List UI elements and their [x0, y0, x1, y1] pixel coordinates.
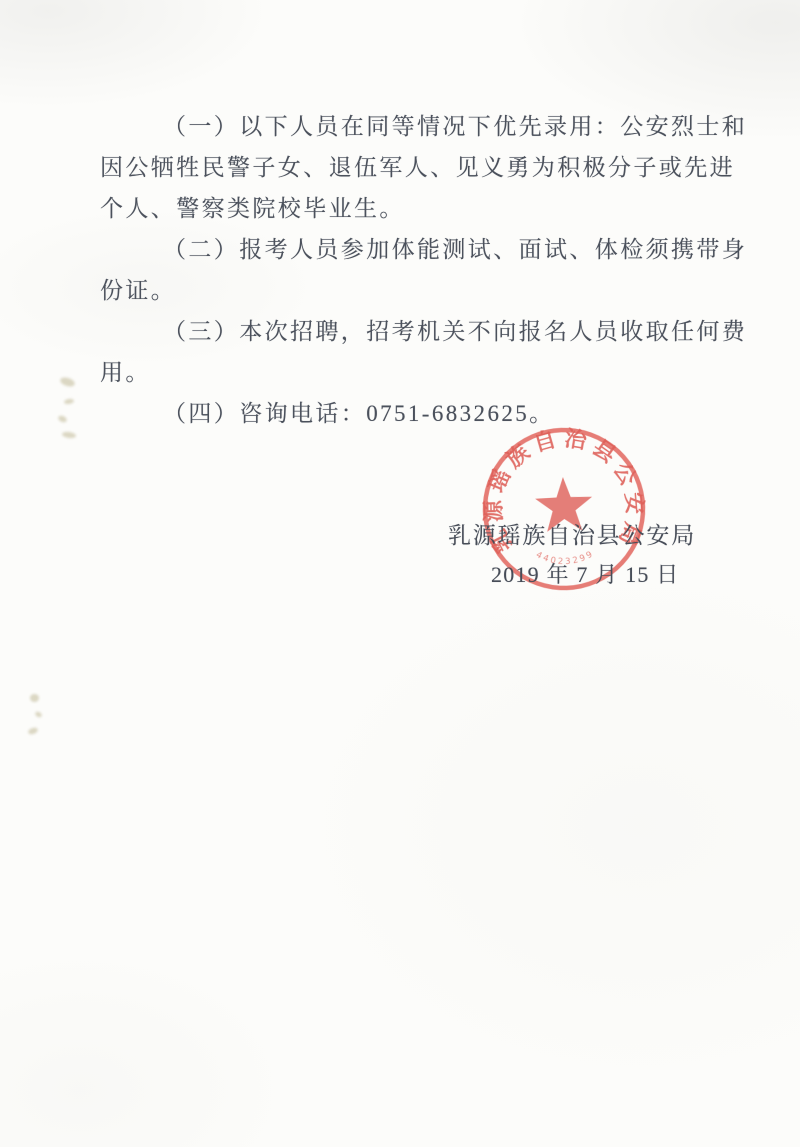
body-line-4: （二）报考人员参加体能测试、面试、体检须携带身	[163, 231, 747, 264]
body-line-1: （一）以下人员在同等情况下优先录用：公安烈士和	[163, 108, 747, 141]
smudge-mark	[30, 694, 39, 702]
body-line-2: 因公牺牲民警子女、退伍军人、见义勇为积极分子或先进	[100, 149, 735, 182]
body-line-3: 个人、警察类院校毕业生。	[100, 190, 405, 223]
body-line-5: 份证。	[100, 272, 176, 305]
smudge-mark	[62, 431, 77, 439]
signature-agency: 乳源瑶族自治县公安局	[448, 517, 696, 550]
smudge-mark	[64, 398, 75, 405]
scanned-document-page: （一）以下人员在同等情况下优先录用：公安烈士和 因公牺牲民警子女、退伍军人、见义…	[0, 0, 800, 1147]
smudge-mark	[59, 376, 76, 388]
smudge-mark	[34, 711, 43, 719]
smudge-mark	[57, 414, 68, 423]
body-line-7: 用。	[100, 354, 151, 387]
signature-date: 2019 年 7 月 15 日	[491, 558, 680, 589]
smudge-mark	[27, 726, 38, 735]
body-line-6: （三）本次招聘，招考机关不向报名人员收取任何费	[163, 313, 747, 346]
